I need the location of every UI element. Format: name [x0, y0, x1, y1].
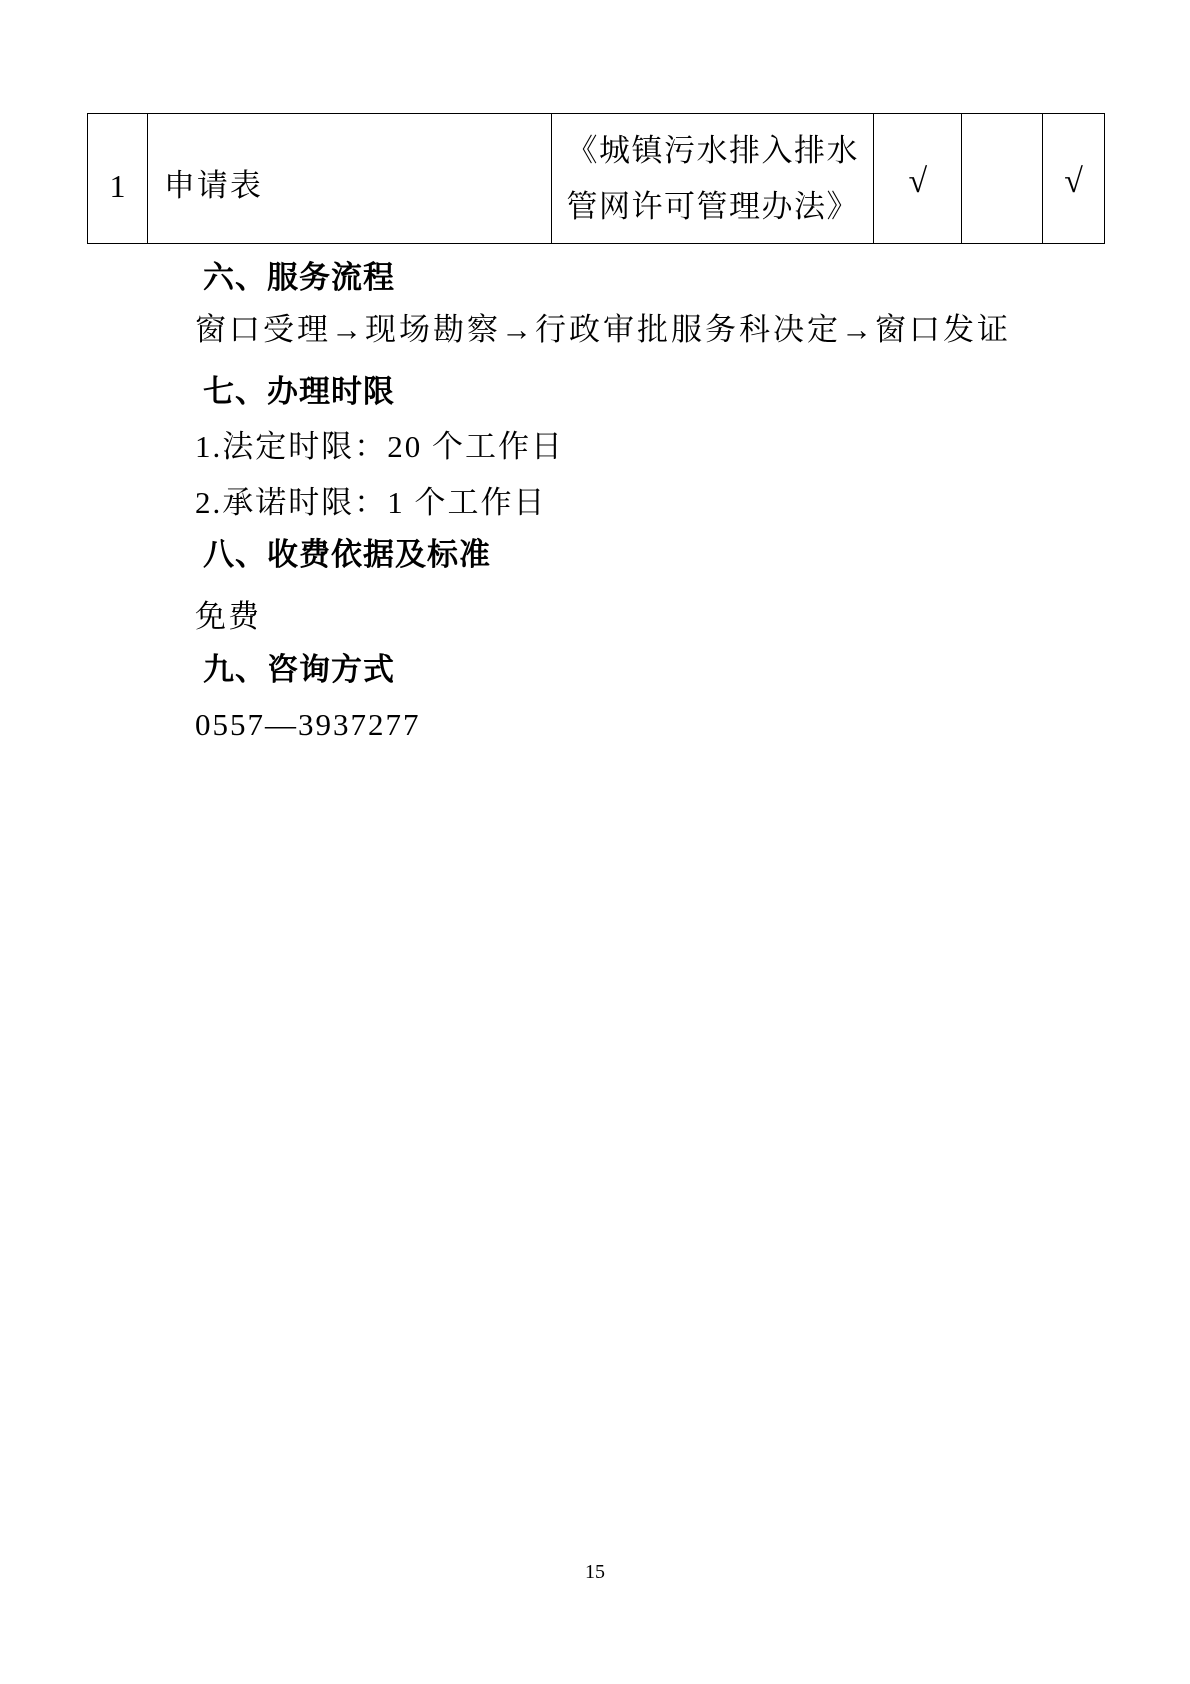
section-heading-fee-standard: 八、收费依据及标准	[203, 537, 491, 573]
section-heading-service-process: 六、服务流程	[203, 260, 395, 296]
checkmark: √	[909, 148, 928, 210]
table-cell-material-name: 申请表	[148, 114, 552, 243]
table-cell-check-1: √	[874, 114, 962, 243]
row-index-value: 1	[109, 158, 125, 214]
table-cell-legal-basis: 《城镇污水排入排水管网许可管理办法》	[552, 114, 874, 243]
statutory-time-limit-text: 1.法定时限：20 个工作日	[195, 429, 564, 465]
table-cell-check-2: √	[1043, 114, 1104, 243]
fee-free-text: 免费	[195, 599, 261, 635]
consultation-phone-number: 0557—3937277	[195, 707, 421, 743]
service-process-flow-text: 窗口受理→现场勘察→行政审批服务科决定→窗口发证	[195, 312, 1011, 348]
table-cell-blank	[962, 114, 1043, 243]
material-name-value: 申请表	[164, 158, 263, 214]
promised-time-limit-text: 2.承诺时限：1 个工作日	[195, 485, 547, 521]
legal-basis-value: 《城镇污水排入排水管网许可管理办法》	[566, 123, 859, 235]
section-heading-consultation: 九、咨询方式	[203, 652, 395, 688]
materials-table: 1 申请表 《城镇污水排入排水管网许可管理办法》 √ √	[87, 113, 1105, 244]
page-number: 15	[0, 1560, 1190, 1584]
document-page: 1 申请表 《城镇污水排入排水管网许可管理办法》 √ √ 六、服务流程 窗口受理…	[0, 0, 1190, 1684]
section-heading-time-limit: 七、办理时限	[203, 374, 395, 410]
checkmark: √	[1064, 148, 1083, 210]
table-cell-row-index: 1	[88, 114, 148, 243]
